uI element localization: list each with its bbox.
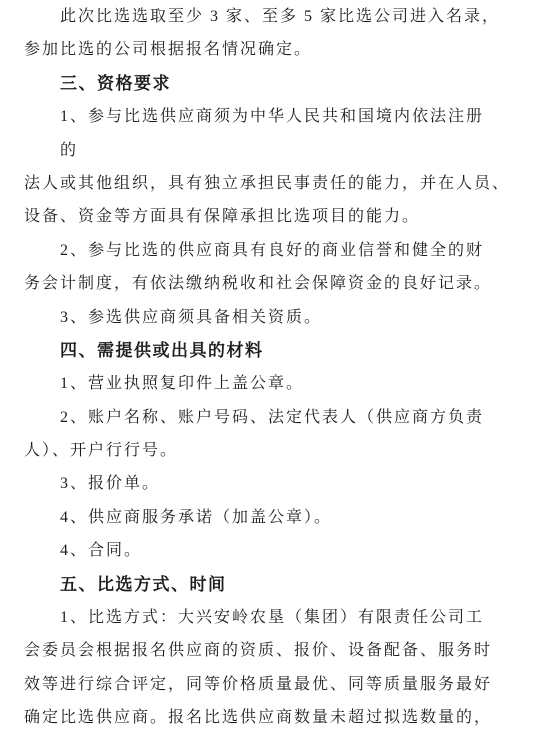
document-line: 3、参选供应商须具备相关资质。 xyxy=(24,301,513,334)
section-heading: 五、比选方式、时间 xyxy=(24,568,513,601)
document-line: 参加比选的公司根据报名情况确定。 xyxy=(24,33,513,66)
document-line: 此次比选选取至少 3 家、至多 5 家比选公司进入名录， xyxy=(24,0,513,33)
document-line: 设备、资金等方面具有保障承担比选项目的能力。 xyxy=(24,200,513,233)
document-line: 2、参与比选的供应商具有良好的商业信誉和健全的财 xyxy=(24,234,513,267)
document-line: 会委员会根据报名供应商的资质、报价、设备配备、服务时 xyxy=(24,634,513,667)
document-page: 此次比选选取至少 3 家、至多 5 家比选公司进入名录，参加比选的公司根据报名情… xyxy=(0,0,539,734)
document-body: 此次比选选取至少 3 家、至多 5 家比选公司进入名录，参加比选的公司根据报名情… xyxy=(24,0,513,734)
document-line: 1、营业执照复印件上盖公章。 xyxy=(24,367,513,400)
section-heading: 三、资格要求 xyxy=(24,67,513,100)
document-line: 1、参与比选供应商须为中华人民共和国境内依法注册 xyxy=(24,100,513,133)
document-line: 效等进行综合评定，同等价格质量最优、同等质量服务最好 xyxy=(24,668,513,701)
document-line: 3、报价单。 xyxy=(24,467,513,500)
document-line: 1、比选方式：大兴安岭农垦（集团）有限责任公司工 xyxy=(24,601,513,634)
document-line: 务会计制度，有依法缴纳税收和社会保障资金的良好记录。 xyxy=(24,267,513,300)
document-line: 4、合同。 xyxy=(24,534,513,567)
document-line: 2、账户名称、账户号码、法定代表人（供应商方负责 xyxy=(24,401,513,434)
document-line: 人）、开户行行号。 xyxy=(24,434,513,467)
document-line: 4、供应商服务承诺（加盖公章）。 xyxy=(24,501,513,534)
section-heading: 四、需提供或出具的材料 xyxy=(24,334,513,367)
document-line: 的 xyxy=(24,134,513,167)
document-line: 确定比选供应商。报名比选供应商数量未超过拟选数量的， xyxy=(24,701,513,734)
document-line: 法人或其他组织，具有独立承担民事责任的能力，并在人员、 xyxy=(24,167,513,200)
